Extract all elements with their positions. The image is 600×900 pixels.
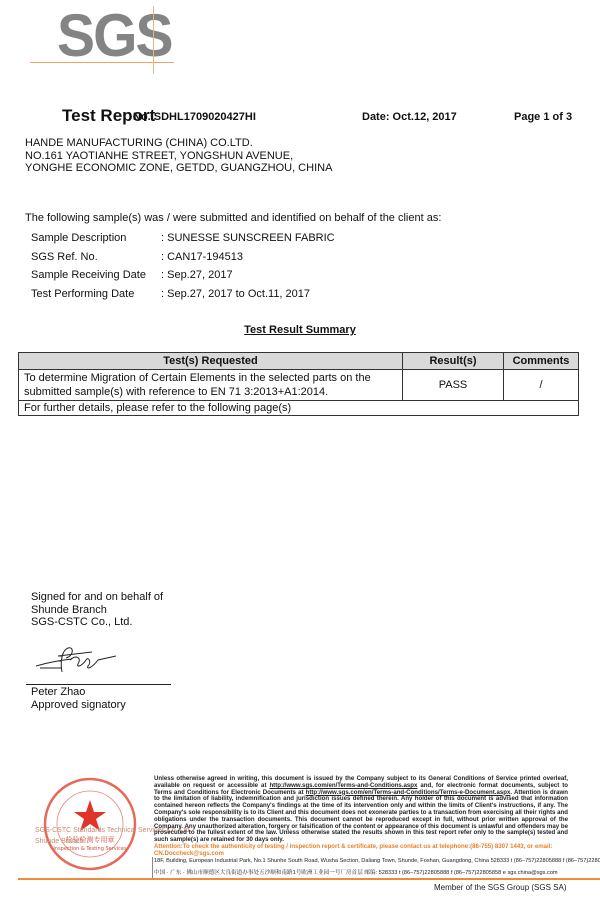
logo-vertical-line [153, 6, 154, 74]
report-number: No. SDHL1709020427HI [133, 111, 256, 123]
intro-text: The following sample(s) was / were submi… [25, 212, 441, 224]
sgs-ref-label: SGS Ref. No. [31, 251, 98, 263]
report-date: Date: Oct.12, 2017 [362, 111, 457, 123]
column-header-test: Test(s) Requested [19, 353, 403, 370]
address-english: 18F, Building, European Industrial Park,… [154, 858, 600, 864]
test-requested-cell: To determine Migration of Certain Elemen… [19, 370, 403, 401]
signatory-name: Peter Zhao [31, 686, 126, 699]
summary-title: Test Result Summary [0, 324, 600, 336]
signatory: Peter Zhao Approved signatory [31, 686, 126, 711]
footnote-cell: For further details, please refer to the… [19, 401, 579, 416]
signed-for-block: Signed for and on behalf of Shunde Branc… [31, 591, 163, 629]
table-header-row: Test(s) Requested Result(s) Comments [19, 353, 579, 370]
signatory-role: Approved signatory [31, 699, 126, 712]
column-header-result: Result(s) [403, 353, 504, 370]
column-header-comments: Comments [504, 353, 579, 370]
performing-date-label: Test Performing Date [31, 288, 134, 300]
address-divider [152, 857, 153, 879]
address-line: HANDE MANUFACTURING (CHINA) CO.LTD. [25, 137, 332, 150]
performing-date-value: : Sep.27, 2017 to Oct.11, 2017 [161, 288, 310, 300]
authenticity-notice: Attention:To check the authenticity of t… [154, 844, 568, 858]
sample-description-value: : SUNESSE SUNSCREEN FABRIC [161, 232, 335, 244]
company-stamp: 检验检测专用章 Inspection & Testing Services [42, 776, 138, 872]
signature-line [26, 684, 171, 685]
legal-disclaimer: Unless otherwise agreed in writing, this… [154, 776, 568, 844]
sgs-logo: SGS [57, 4, 172, 68]
footer-divider [18, 878, 600, 880]
address-line: NO.161 YAOTIANHE STREET, YONGSHUN AVENUE… [25, 150, 332, 163]
member-text: Member of the SGS Group (SGS SA) [434, 883, 567, 892]
address-chinese: 中国 · 广东 · 佛山市顺德区大良街道办事处五沙顺和南路1号欧洲工业园一号厂房… [154, 868, 558, 876]
signed-line: Shunde Branch [31, 604, 163, 617]
signed-line: SGS-CSTC Co., Ltd. [31, 616, 163, 629]
table-footnote-row: For further details, please refer to the… [19, 401, 579, 416]
page-indicator: Page 1 of 3 [514, 111, 572, 123]
table-row: To determine Migration of Certain Elemen… [19, 370, 579, 401]
client-address: HANDE MANUFACTURING (CHINA) CO.LTD. NO.1… [25, 137, 332, 175]
legal-text: . Attention is drawn to the limitation o… [154, 789, 568, 844]
sgs-ref-value: : CAN17-194513 [161, 251, 243, 263]
address-line: YONGHE ECONOMIC ZONE, GETDD, GUANGZHOU, … [25, 162, 332, 175]
receiving-date-label: Sample Receiving Date [31, 269, 146, 281]
comment-cell: / [504, 370, 579, 401]
signed-line: Signed for and on behalf of [31, 591, 163, 604]
sample-description-label: Sample Description [31, 232, 126, 244]
result-cell: PASS [403, 370, 504, 401]
receiving-date-value: : Sep.27, 2017 [161, 269, 233, 281]
handwritten-signature [32, 642, 122, 678]
result-table: Test(s) Requested Result(s) Comments To … [18, 352, 579, 416]
